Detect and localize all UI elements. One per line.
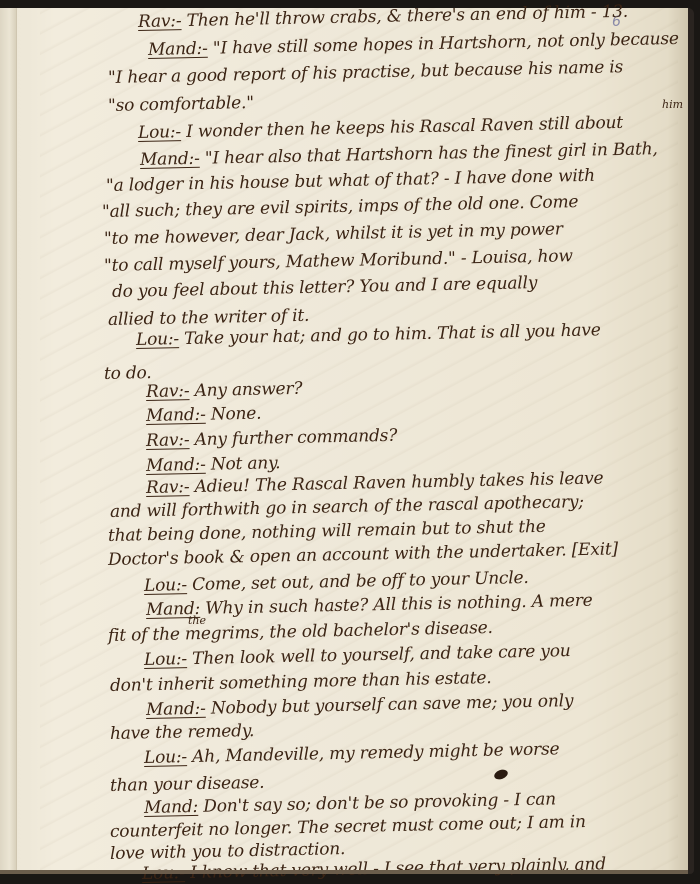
line-text: Ah, Mandeville, my remedy might be worse — [187, 739, 560, 767]
manuscript-line: Mand:- Nobody but yourself can save me; … — [146, 691, 574, 720]
manuscript-line: Rav:- Then he'll throw crabs, & there's … — [138, 2, 628, 32]
line-text: Any further commands? — [189, 426, 397, 450]
speaker-label: Lou:- — [144, 575, 187, 596]
line-text: "I hear also that Hartshorn has the fine… — [199, 139, 657, 169]
manuscript-page: 6 Rav:- Then he'll throw crabs, & there'… — [0, 8, 694, 874]
ink-blot — [493, 768, 509, 781]
line-text: "I hear a good report of his practise, b… — [108, 57, 623, 88]
manuscript-line: Mand:- Not any. — [146, 453, 281, 476]
line-text: "a lodger in his house but what of that?… — [106, 166, 595, 196]
manuscript-line: "I hear a good report of his practise, b… — [108, 57, 623, 88]
page-bottom-edge — [0, 870, 688, 874]
line-text: Come, set out, and be off to your Uncle. — [187, 568, 529, 595]
speaker-label: Mand:- — [146, 405, 206, 426]
line-text: Not any. — [205, 453, 280, 475]
line-text: Then he'll throw crabs, & there's an end… — [181, 2, 628, 31]
manuscript-line: Lou:- Come, set out, and be off to your … — [144, 568, 529, 596]
speaker-label: Mand:- — [146, 455, 206, 476]
speaker-label: Lou:- — [138, 122, 181, 143]
manuscript-line: "to call myself yours, Mathew Moribund."… — [104, 246, 573, 276]
manuscript-line: "so comfortable." — [108, 93, 254, 116]
speaker-label: Mand:- — [146, 699, 206, 720]
speaker-label: Lou:- — [144, 747, 187, 768]
line-text: "to me however, dear Jack, whilst it is … — [104, 219, 563, 249]
speaker-label: Mand: — [144, 797, 199, 818]
page-binding-gutter — [0, 8, 17, 874]
line-text: don't inherit something more than his es… — [110, 668, 492, 696]
manuscript-line: fit of the megrims, the old bachelor's d… — [108, 618, 493, 646]
manuscript-line: don't inherit something more than his es… — [110, 668, 492, 696]
line-text: Why in such haste? All this is nothing. … — [200, 591, 593, 619]
line-text: "so comfortable." — [108, 93, 254, 116]
line-text: Then look well to yourself, and take car… — [187, 641, 571, 669]
manuscript-line: "a lodger in his house but what of that?… — [106, 166, 595, 196]
manuscript-line: Rav:- Any further commands? — [146, 426, 398, 451]
manuscript-line: than your disease. — [110, 773, 265, 796]
line-text: "I have still some hopes in Hartshorn, n… — [207, 29, 679, 59]
manuscript-line: Rav:- Any answer? — [146, 379, 303, 402]
speaker-label: Rav:- — [146, 477, 190, 498]
manuscript-line: "to me however, dear Jack, whilst it is … — [104, 219, 563, 249]
manuscript-line: Mand:- "I have still some hopes in Harts… — [148, 29, 679, 60]
line-text: have the remedy. — [110, 721, 255, 744]
speaker-label: Lou:- — [144, 649, 187, 670]
line-text: to do. — [104, 363, 152, 384]
manuscript-line: do you feel about this letter? You and I… — [112, 273, 538, 302]
line-text: Any answer? — [189, 379, 302, 401]
manuscript-line: Lou:- I wonder then he keeps his Rascal … — [138, 113, 623, 143]
line-text: do you feel about this letter? You and I… — [112, 273, 538, 302]
line-text: "all such; they are evil spirits, imps o… — [102, 192, 579, 222]
interlinear-insertion: him — [662, 98, 683, 111]
speaker-label: Mand:- — [148, 39, 208, 60]
manuscript-line: Lou:- Then look well to yourself, and ta… — [144, 641, 571, 670]
line-text: I wonder then he keeps his Rascal Raven … — [181, 113, 623, 142]
line-text: Don't say so; don't be so provoking - I … — [198, 789, 556, 816]
manuscript-line: to do. — [104, 363, 152, 384]
speaker-label: Rav:- — [138, 11, 182, 32]
manuscript-line: have the remedy. — [110, 721, 255, 744]
line-text: fit of the megrims, the old bachelor's d… — [108, 618, 493, 646]
speaker-label: Mand:- — [140, 149, 200, 170]
speaker-label: Rav:- — [146, 430, 190, 451]
line-text: None. — [205, 404, 261, 425]
speaker-label: Lou:- — [136, 329, 179, 350]
speaker-label: Rav:- — [146, 381, 190, 402]
manuscript-line: Mand: Why in such haste? All this is not… — [146, 591, 593, 620]
manuscript-line: Mand:- None. — [146, 404, 262, 426]
line-text: than your disease. — [110, 773, 265, 796]
line-text: "to call myself yours, Mathew Moribund."… — [104, 246, 573, 276]
line-text: Nobody but yourself can save me; you onl… — [205, 691, 573, 719]
manuscript-line: Lou:- Ah, Mandeville, my remedy might be… — [144, 739, 560, 768]
manuscript-line: "all such; they are evil spirits, imps o… — [102, 192, 579, 222]
